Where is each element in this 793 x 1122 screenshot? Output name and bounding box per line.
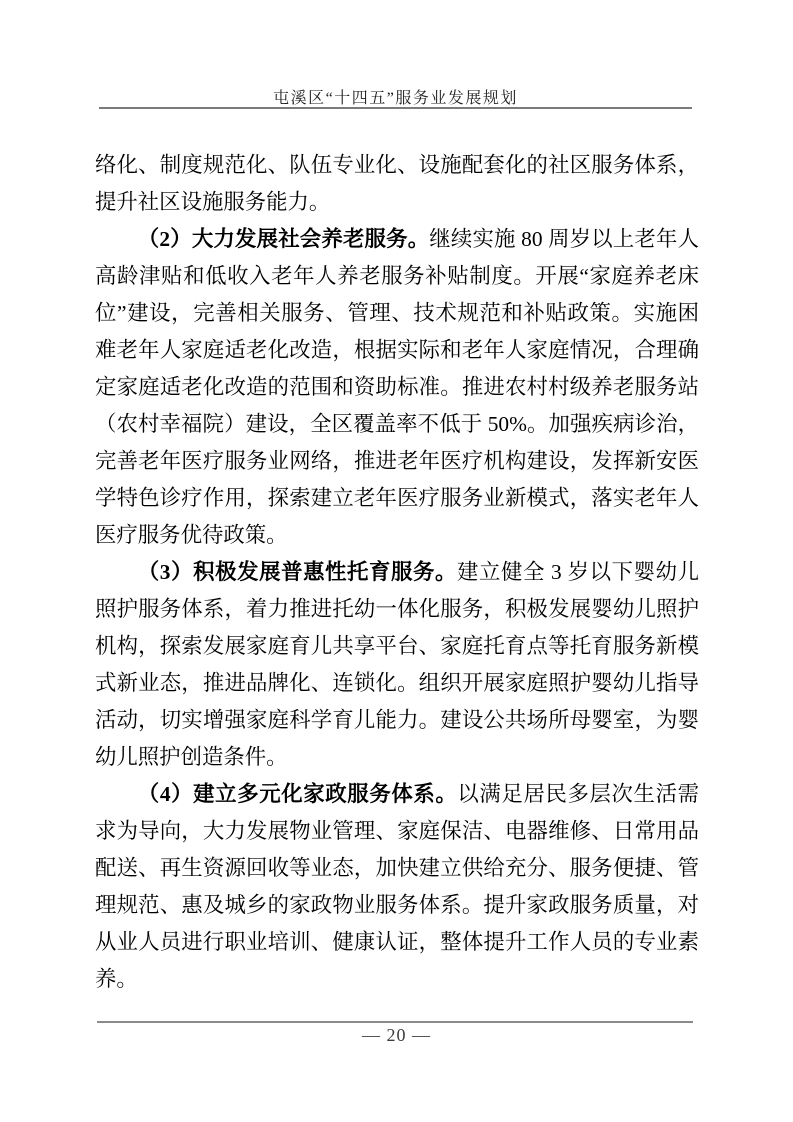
paragraph: （4）建立多元化家政服务体系。以满足居民多层次生活需求为导向，大力发展物业管理、… <box>95 776 699 998</box>
paragraph-lead: （3）积极发展普惠性托育服务。 <box>138 560 457 584</box>
document-page: 屯溪区“十四五”服务业发展规划 络化、制度规范化、队伍专业化、设施配套化的社区服… <box>0 0 793 1122</box>
paragraph: （3）积极发展普惠性托育服务。建立健全 3 岁以下婴幼儿照护服务体系，着力推进托… <box>95 554 699 776</box>
document-title: 屯溪区“十四五”服务业发展规划 <box>100 85 691 108</box>
footer-rule <box>97 1021 693 1023</box>
paragraph-lead: （2）大力发展社会养老服务。 <box>138 227 429 251</box>
header-rule <box>99 107 692 109</box>
document-body: 络化、制度规范化、队伍专业化、设施配套化的社区服务体系，提升社区设施服务能力。 … <box>95 147 699 998</box>
paragraph-text: 建立健全 3 岁以下婴幼儿照护服务体系，着力推进托幼一体化服务，积极发展婴幼儿照… <box>95 560 699 769</box>
paragraph-text: 继续实施 80 周岁以上老年人高龄津贴和低收入老年人养老服务补贴制度。开展“家庭… <box>95 227 699 547</box>
page-number: — 20 — <box>0 1025 793 1046</box>
paragraph-lead: （4）建立多元化家政服务体系。 <box>138 782 458 806</box>
paragraph: （2）大力发展社会养老服务。继续实施 80 周岁以上老年人高龄津贴和低收入老年人… <box>95 221 699 554</box>
paragraph: 络化、制度规范化、队伍专业化、设施配套化的社区服务体系，提升社区设施服务能力。 <box>95 147 699 221</box>
paragraph-text: 络化、制度规范化、队伍专业化、设施配套化的社区服务体系，提升社区设施服务能力。 <box>95 153 699 214</box>
paragraph-text: 以满足居民多层次生活需求为导向，大力发展物业管理、家庭保洁、电器维修、日常用品配… <box>95 782 699 991</box>
